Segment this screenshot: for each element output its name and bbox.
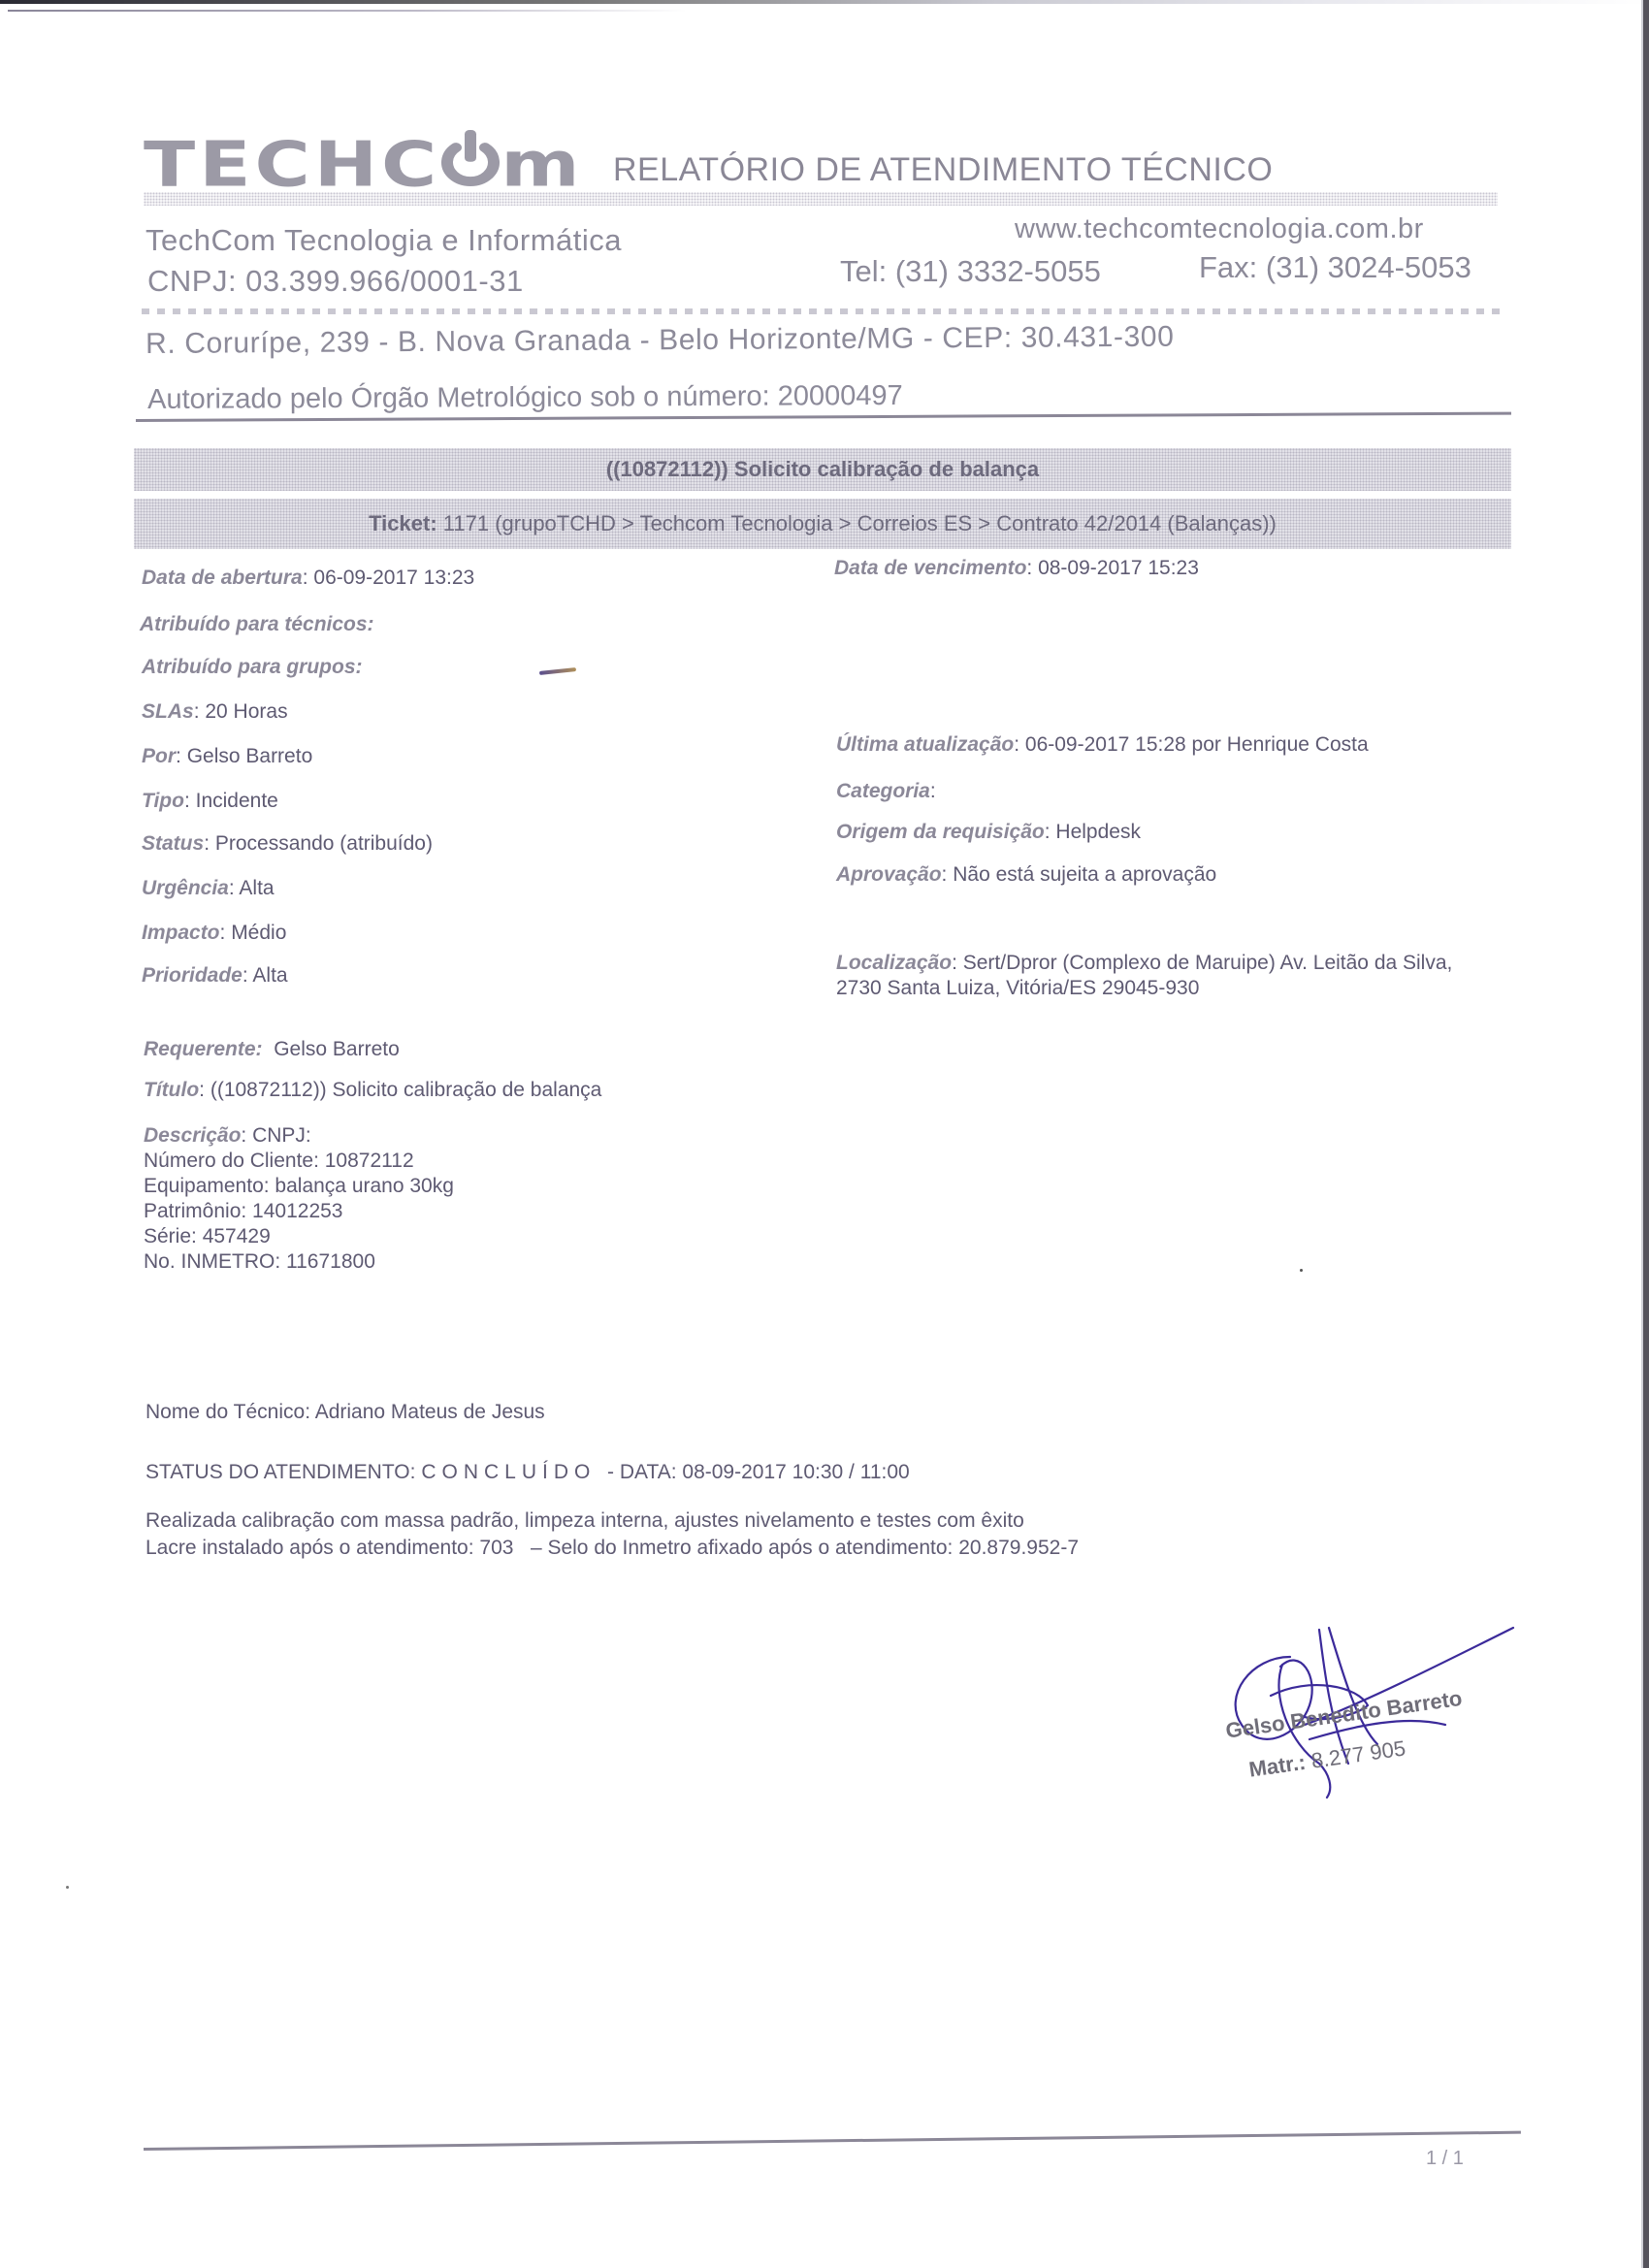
field-slas: SLAs: 20 Horas [142,700,288,724]
field-label: Atribuído para técnicos: [140,613,374,635]
service-status-value: CONCLUÍDO [421,1461,596,1483]
field-sep: : [942,863,954,886]
field-impact: Impacto: Médio [142,922,286,945]
power-icon [440,130,501,196]
field-sep: : [952,952,963,974]
field-label: Origem da requisição [836,821,1045,843]
field-value: 20 Horas [205,700,287,723]
service-date: - DATA: 08-09-2017 10:30 / 11:00 [596,1461,909,1483]
metrology-authorization: Autorizado pelo Órgão Metrológico sob o … [147,380,903,416]
footer-rule [144,2131,1521,2151]
field-label: Impacto [142,922,220,944]
service-work-done: Realizada calibração com massa padrão, l… [145,1509,1024,1533]
header-dashed-divider [142,308,1500,314]
field-opening-date: Data de abertura: 06-09-2017 13:23 [142,567,474,590]
field-sep: : [1045,821,1056,843]
pen-mark [539,667,576,675]
field-urgency: Urgência: Alta [142,877,275,900]
field-label: Data de vencimento [834,557,1026,579]
field-by: Por: Gelso Barreto [142,745,312,768]
field-label: Última atualização [836,733,1014,756]
field-value: Alta [239,877,274,899]
field-sep: : [194,700,206,723]
field-label: Aprovação [836,863,942,886]
description-line: Série: 457429 [144,1224,454,1249]
ticket-title-bar: ((10872112)) Solicito calibração de bala… [134,448,1511,491]
scan-edge-shadow [8,10,687,12]
field-label: Status [142,832,204,855]
field-location: Localização: Sert/Dpror (Complexo de Mar… [836,951,1496,1001]
field-assigned-groups: Atribuído para grupos: [142,656,363,679]
field-label: Título [144,1079,199,1101]
field-assigned-technicians: Atribuído para técnicos: [140,613,374,636]
ticket-value: 1171 (grupoTCHD > Techcom Tecnologia > C… [443,511,1277,535]
description-first-line: : CNPJ: [241,1124,310,1147]
field-sep [263,1038,275,1060]
field-sep: : [184,790,196,812]
field-requester: Requerente: Gelso Barreto [144,1038,400,1061]
description-line: Número do Cliente: 10872112 [144,1149,454,1174]
field-value: ((10872112)) Solicito calibração de bala… [210,1079,602,1101]
field-sep: : [204,832,215,855]
company-website: www.techcomtecnologia.com.br [1015,213,1424,245]
field-sep: : [176,745,187,767]
page-number: 1 / 1 [1426,2148,1464,2170]
description-header: Descrição: CNPJ: [144,1123,454,1149]
field-last-update: Última atualização: 06-09-2017 15:28 por… [836,733,1369,757]
field-label: SLAs [142,700,194,723]
field-label: Prioridade [142,964,242,987]
description-block: Descrição: CNPJ: Número do Cliente: 1087… [144,1123,454,1275]
field-sep: : [930,780,936,802]
field-sep: : [220,922,232,944]
field-sep: : [303,567,314,589]
scan-speck [66,1886,69,1889]
description-label: Descrição [144,1124,241,1147]
report-title: RELATÓRIO DE ATENDIMENTO TÉCNICO [613,151,1273,189]
description-line: No. INMETRO: 11671800 [144,1249,454,1275]
company-phone: Tel: (31) 3332-5055 [840,254,1101,289]
field-sep: : [242,964,253,987]
field-value: Processando (atribuído) [215,832,433,855]
field-category: Categoria: [836,780,936,803]
ticket-path-bar: Ticket: 1171 (grupoTCHD > Techcom Tecnol… [134,499,1511,549]
field-type: Tipo: Incidente [142,790,278,813]
scan-edge-right [1643,0,1649,2268]
field-sep: : [199,1079,210,1101]
technician-name: Nome do Técnico: Adriano Mateus de Jesus [145,1401,545,1424]
description-line: Patrimônio: 14012253 [144,1199,454,1224]
field-value: Alta [252,964,287,987]
field-label: Data de abertura [142,567,303,589]
field-value: Gelso Barreto [274,1038,400,1060]
logo-text-left: TECHC [144,129,440,201]
field-label: Tipo [142,790,184,812]
field-label: Por [142,745,176,767]
field-value: Não está sujeita a aprovação [953,863,1216,886]
field-label: Requerente: [144,1038,263,1060]
field-sep: : [1014,733,1025,756]
ticket-label: Ticket: [369,511,437,535]
service-status-label: STATUS DO ATENDIMENTO: [145,1461,421,1483]
field-status: Status: Processando (atribuído) [142,832,433,856]
field-value: 08-09-2017 15:23 [1038,557,1199,579]
field-value: Incidente [196,790,278,812]
field-sep: : [1026,557,1038,579]
field-label: Urgência [142,877,229,899]
field-value: Médio [231,922,286,944]
logo-text-right: m [501,129,583,201]
header-divider-band [144,192,1498,206]
field-due-date: Data de vencimento: 08-09-2017 15:23 [834,557,1199,580]
field-title: Título: ((10872112)) Solicito calibração… [144,1079,601,1102]
field-value: Helpdesk [1055,821,1141,843]
field-request-origin: Origem da requisição: Helpdesk [836,821,1141,844]
description-line: Equipamento: balança urano 30kg [144,1174,454,1199]
field-label: Localização [836,952,952,974]
field-value: 06-09-2017 15:28 por Henrique Costa [1025,733,1369,756]
field-priority: Prioridade: Alta [142,964,288,988]
scan-edge-top [0,0,1649,4]
company-fax: Fax: (31) 3024-5053 [1199,250,1471,285]
field-label: Categoria [836,780,930,802]
scan-speck [1300,1269,1303,1272]
field-approval: Aprovação: Não está sujeita a aprovação [836,863,1216,887]
field-value: 06-09-2017 13:23 [313,567,474,589]
techcom-logo: TECHCm [144,130,584,196]
company-cnpj: CNPJ: 03.399.966/0001-31 [147,264,524,299]
field-label: Atribuído para grupos: [142,656,363,678]
service-seal-info: Lacre instalado após o atendimento: 703 … [145,1537,1079,1560]
company-address: R. Corurípe, 239 - B. Nova Granada - Bel… [145,321,1175,361]
service-status-line: STATUS DO ATENDIMENTO: CONCLUÍDO - DATA:… [145,1461,910,1484]
field-value: Gelso Barreto [187,745,313,767]
field-sep: : [229,877,240,899]
company-name: TechCom Tecnologia e Informática [145,223,622,258]
